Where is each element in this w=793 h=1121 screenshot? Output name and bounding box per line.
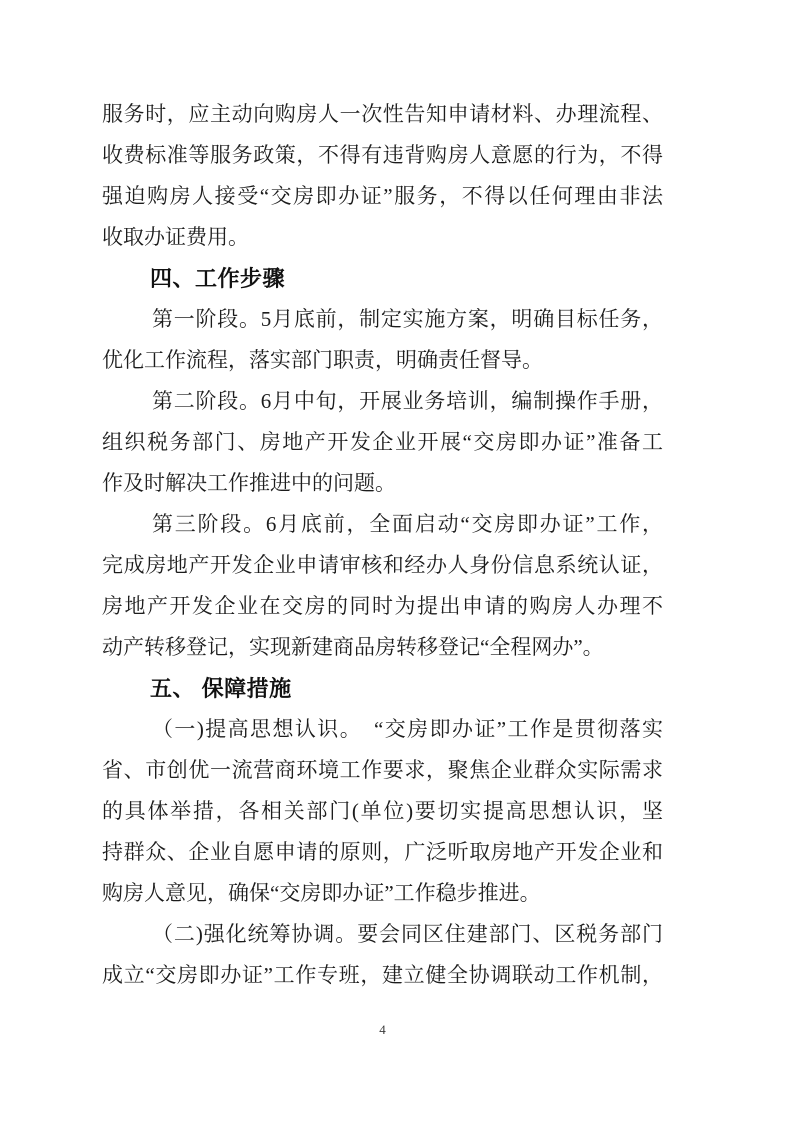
paragraph-stage-3: 第三阶段。6月底前，全面启动“交房即办证”工作，完成房地产开发企业申请审核和经办… — [102, 504, 663, 668]
text-line: 第一阶段。5月底前，制定实施方案，明确目标任务， — [102, 299, 663, 340]
document-body: 服务时，应主动向购房人一次性告知申请材料、办理流程、收费标准等服务政策，不得有违… — [102, 94, 663, 996]
text-line: 优化工作流程，落实部门职责，明确责任督导。 — [102, 340, 663, 381]
paragraph-stage-2: 第二阶段。6月中旬，开展业务培训，编制操作手册，组织税务部门、房地产开发企业开展… — [102, 381, 663, 504]
text-line: 强迫购房人接受“交房即办证”服务，不得以任何理由非法 — [102, 176, 663, 217]
paragraph-measure-2: （二)强化统筹协调。要会同区住建部门、区税务部门成立“交房即办证”工作专班，建立… — [102, 914, 663, 996]
text-line: 持群众、企业自愿申请的原则，广泛听取房地产开发企业和 — [102, 832, 663, 873]
text-line: 房地产开发企业在交房的同时为提出申请的购房人办理不 — [102, 586, 663, 627]
text-line: 成立“交房即办证”工作专班，建立健全协调联动工作机制， — [102, 955, 663, 996]
text-line: 动产转移登记，实现新建商品房转移登记“全程网办”。 — [102, 627, 663, 668]
page-footer: 4 — [102, 1020, 663, 1040]
text-line: 服务时，应主动向购房人一次性告知申请材料、办理流程、 — [102, 94, 663, 135]
page-number: 4 — [379, 1022, 386, 1037]
section-heading-4: 四、工作步骤 — [102, 258, 663, 299]
text-line: 收费标准等服务政策，不得有违背购房人意愿的行为，不得 — [102, 135, 663, 176]
section-heading-5: 五、 保障措施 — [102, 668, 663, 709]
text-line: 完成房地产开发企业申请审核和经办人身份信息系统认证， — [102, 545, 663, 586]
text-line: （二)强化统筹协调。要会同区住建部门、区税务部门 — [102, 914, 663, 955]
document-page: 服务时，应主动向购房人一次性告知申请材料、办理流程、收费标准等服务政策，不得有违… — [0, 0, 793, 1121]
text-line: 组织税务部门、房地产开发企业开展“交房即办证”准备工 — [102, 422, 663, 463]
text-line: 购房人意见，确保“交房即办证”工作稳步推进。 — [102, 873, 663, 914]
text-line: （一)提高思想认识。 “交房即办证”工作是贯彻落实 — [102, 709, 663, 750]
text-line: 的具体举措，各相关部门(单位)要切实提高思想认识，坚 — [102, 791, 663, 832]
text-line: 第三阶段。6月底前，全面启动“交房即办证”工作， — [102, 504, 663, 545]
paragraph-continuation: 服务时，应主动向购房人一次性告知申请材料、办理流程、收费标准等服务政策，不得有违… — [102, 94, 663, 258]
text-line: 省、市创优一流营商环境工作要求，聚焦企业群众实际需求 — [102, 750, 663, 791]
text-line: 收取办证费用。 — [102, 217, 663, 258]
text-line: 作及时解决工作推进中的问题。 — [102, 463, 663, 504]
paragraph-stage-1: 第一阶段。5月底前，制定实施方案，明确目标任务，优化工作流程，落实部门职责，明确… — [102, 299, 663, 381]
paragraph-measure-1: （一)提高思想认识。 “交房即办证”工作是贯彻落实省、市创优一流营商环境工作要求… — [102, 709, 663, 914]
text-line: 第二阶段。6月中旬，开展业务培训，编制操作手册， — [102, 381, 663, 422]
